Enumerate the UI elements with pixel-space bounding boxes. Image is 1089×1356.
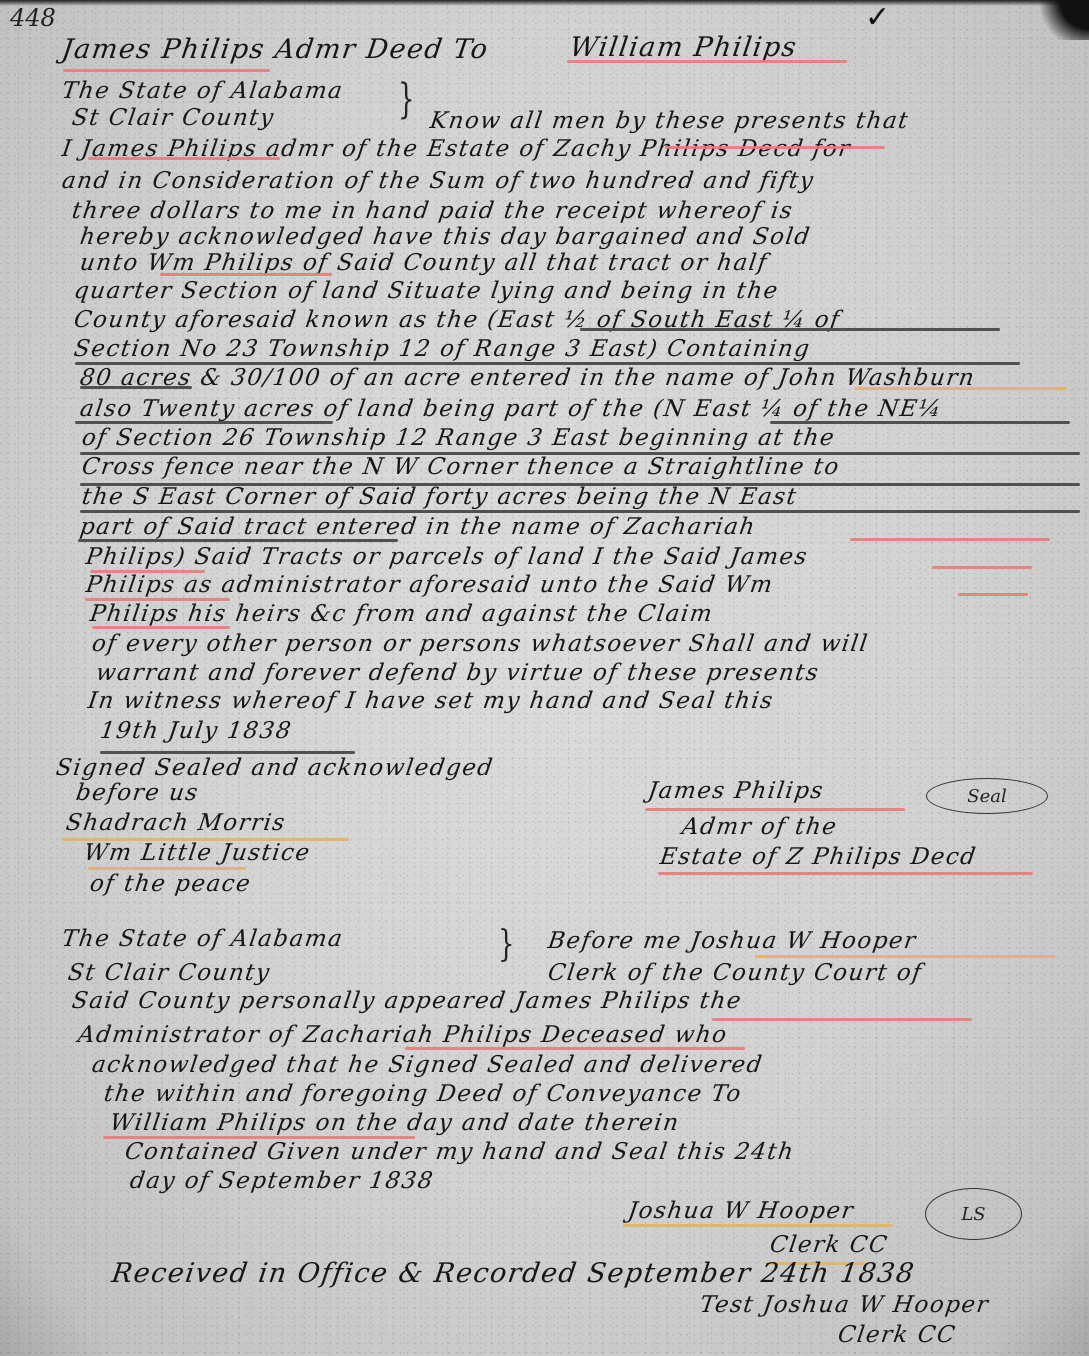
highlight-joshua-hooper-2 — [623, 1224, 893, 1227]
highlight-deed-date — [100, 751, 355, 754]
highlight-zachy-philips — [665, 146, 885, 149]
deed-line-13: also Twenty acres of land being part of … — [78, 398, 943, 421]
highlight-william-philips-title — [567, 60, 847, 63]
deed-line-3: Know all men by these presents that — [428, 110, 910, 133]
highlight-philips-4 — [92, 626, 230, 629]
deed-line-1: The State of Alabama — [60, 80, 344, 103]
ack-line-10: Contained Given under my hand and Seal t… — [123, 1141, 796, 1164]
witness-line-5: of the peace — [88, 873, 252, 896]
highlight-grantor-name — [645, 808, 905, 811]
highlight-wm-little — [88, 867, 246, 870]
recording-clerk-title: Clerk CC — [836, 1324, 957, 1347]
highlight-james-philips-1 — [88, 157, 280, 160]
highlight-wm-philips-1 — [160, 273, 332, 276]
title-left: James Philips Admr Deed To — [60, 36, 490, 63]
highlight-twenty-acres — [75, 421, 333, 424]
scan-corner-shadow — [1029, 0, 1089, 40]
deed-line-2: St Clair County — [70, 107, 276, 130]
witness-line-1: Signed Sealed and acknowledged — [54, 757, 495, 780]
grantor-seal: Seal — [926, 778, 1048, 814]
ack-line-9: William Philips on the day and date ther… — [108, 1112, 681, 1135]
deed-line-14: of Section 26 Township 12 Range 3 East b… — [80, 427, 836, 450]
clerk-seal: LS — [925, 1188, 1022, 1240]
ack-county: St Clair County — [66, 962, 272, 985]
highlight-zachariah — [850, 538, 1050, 541]
ack-line-8: the within and foregoing Deed of Conveya… — [102, 1083, 743, 1106]
witness-line-2: before us — [74, 782, 200, 805]
state-county-brace: } — [398, 76, 415, 124]
deed-line-17: part of Said tract entered in the name o… — [78, 516, 757, 539]
check-mark-icon: ✓ — [865, 0, 890, 35]
highlight-ne-quarter — [770, 421, 1070, 424]
deed-line-19: Philips as administrator aforesaid unto … — [84, 574, 775, 597]
grantor-estate: Estate of Z Philips Decd — [658, 846, 978, 869]
highlight-james-philips-ack — [712, 1018, 972, 1021]
ack-line-6: Administrator of Zachariah Philips Decea… — [76, 1024, 729, 1047]
page-number: 448 — [10, 4, 56, 32]
recording-test: Test Joshua W Hooper — [698, 1294, 990, 1317]
deed-line-6: three dollars to me in hand paid the rec… — [70, 200, 794, 223]
deed-page: 448 ✓ James Philips Admr Deed To William… — [0, 0, 1089, 1356]
witness-wm-little: Wm Little Justice — [82, 842, 312, 865]
title-right: William Philips — [568, 34, 799, 61]
highlight-land-description-5 — [80, 510, 1080, 513]
grantor-title: Admr of the — [680, 816, 839, 839]
highlight-james-2 — [932, 566, 1032, 569]
deed-line-15: Cross fence near the N W Corner thence a… — [80, 456, 841, 479]
deed-line-9: quarter Section of land Situate lying an… — [72, 280, 780, 303]
deed-line-23: In witness whereof I have set my hand an… — [86, 690, 775, 713]
highlight-zachariah-philips-ack — [405, 1047, 745, 1050]
clerk-title: Clerk CC — [768, 1234, 889, 1257]
deed-line-21: of every other person or persons whatsoe… — [90, 633, 870, 656]
deed-date: 19th July 1838 — [98, 720, 293, 743]
deed-line-20: Philips his heirs &c from and against th… — [88, 603, 714, 626]
highlight-grantor-estate — [658, 872, 1033, 875]
highlight-land-description-1 — [580, 328, 1000, 331]
highlight-wm-2 — [958, 593, 1028, 596]
highlight-80-acres — [80, 386, 192, 389]
highlight-joshua-hooper-1 — [755, 955, 1055, 958]
deed-line-5: and in Consideration of the Sum of two h… — [60, 170, 815, 193]
ack-clerk: Clerk of the County Court of — [546, 962, 923, 985]
deed-line-16: the S East Corner of Said forty acres be… — [80, 486, 799, 509]
deed-line-22: warrant and forever defend by virtue of … — [94, 662, 820, 685]
ack-before-me: Before me Joshua W Hooper — [546, 930, 918, 953]
ack-line-11: day of September 1838 — [128, 1170, 435, 1193]
ack-line-7: acknowledged that he Signed Sealed and d… — [90, 1054, 764, 1077]
grantor-name: James Philips — [646, 780, 825, 803]
highlight-john-washburn — [855, 387, 1067, 390]
highlight-james-philips-title — [63, 69, 270, 72]
ack-line-5: Said County personally appeared James Ph… — [70, 990, 743, 1013]
deed-line-8: unto Wm Philips of Said County all that … — [78, 252, 769, 275]
deed-line-12: 80 acres & 30/100 of an acre entered in … — [78, 367, 976, 390]
deed-line-7: hereby acknowledged have this day bargai… — [78, 226, 812, 249]
clerk-name: Joshua W Hooper — [626, 1200, 855, 1223]
deed-line-11: Section No 23 Township 12 of Range 3 Eas… — [72, 338, 812, 361]
scan-edge-shadow — [0, 0, 1089, 6]
recording-line: Received in Office & Recorded September … — [110, 1260, 917, 1287]
witness-shadrach-morris: Shadrach Morris — [64, 812, 287, 835]
deed-line-18: Philips) Said Tracts or parcels of land … — [84, 546, 809, 569]
highlight-land-description-6 — [78, 539, 398, 542]
ack-brace: } — [498, 924, 515, 966]
ack-state: The State of Alabama — [60, 928, 344, 951]
